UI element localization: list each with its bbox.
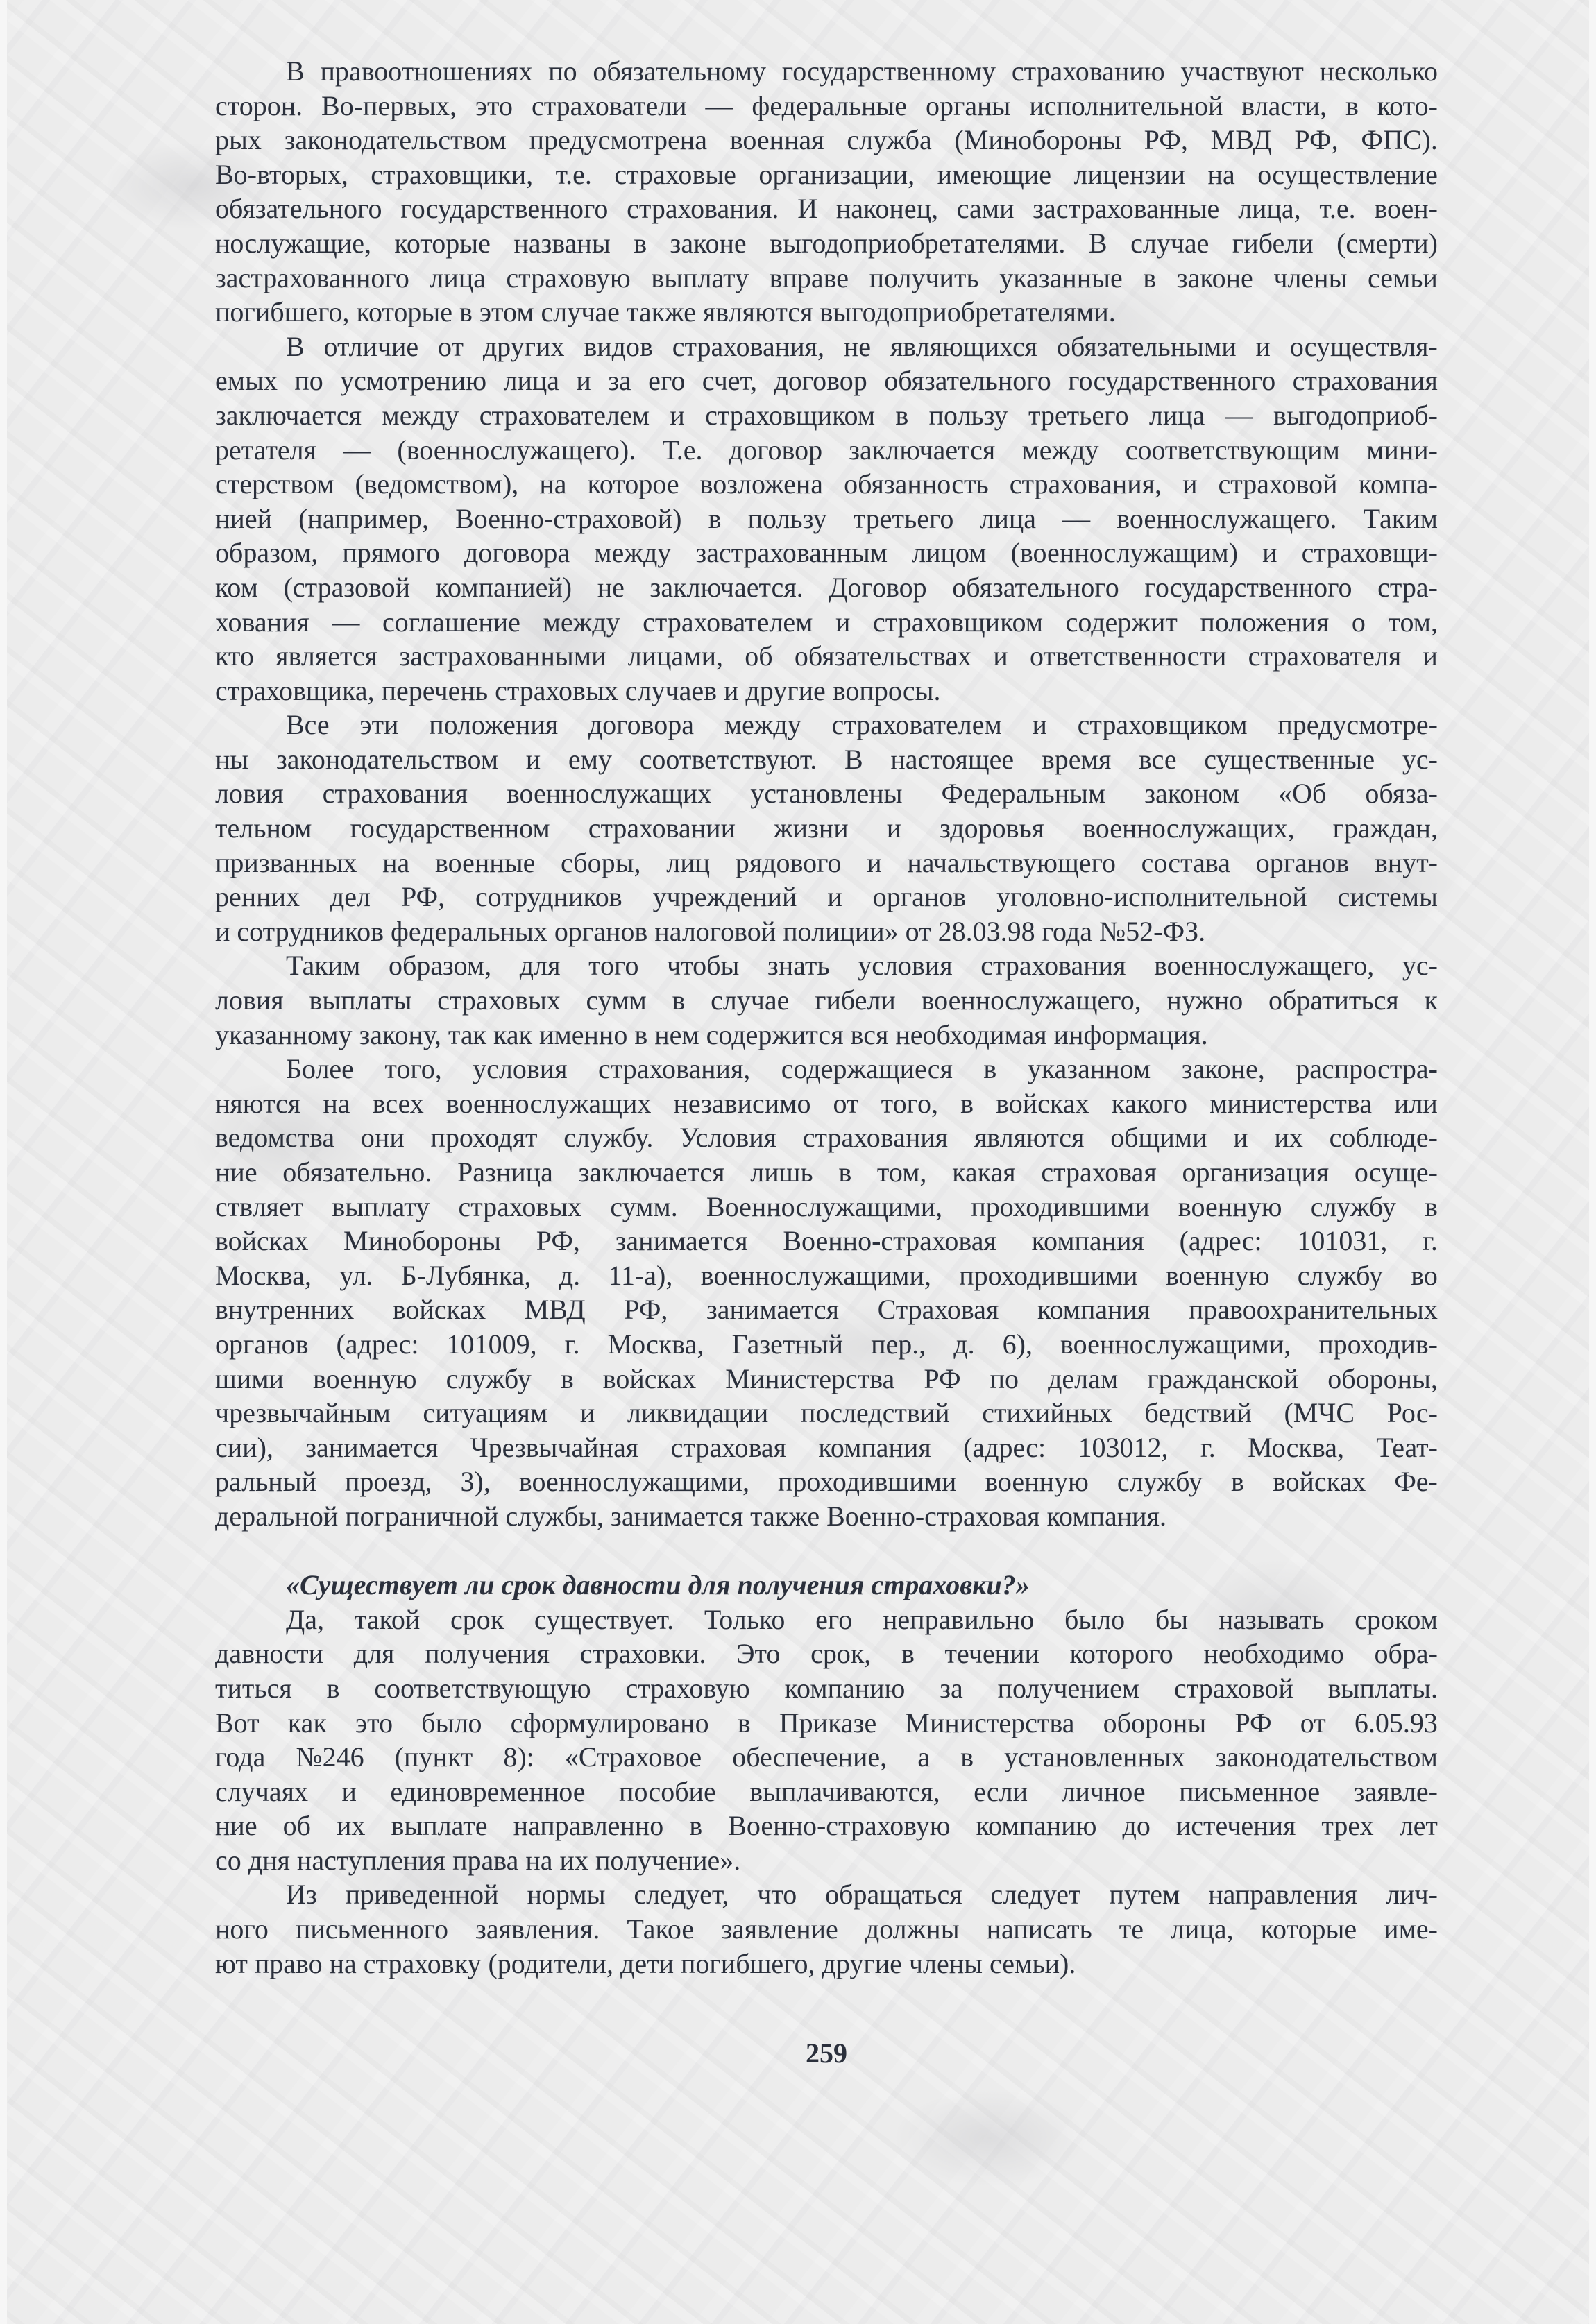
word: РФ, <box>536 1224 580 1258</box>
word: в <box>738 1706 751 1741</box>
word: те <box>1119 1912 1144 1947</box>
word: Военно-страховой) <box>455 502 681 536</box>
text-line: ют право на страховку (родители, дети по… <box>215 1947 1438 1981</box>
word: обязательствах <box>795 639 971 674</box>
word: условия <box>858 948 952 983</box>
word: время <box>1042 742 1111 777</box>
word: военнослужащими, <box>1060 1327 1291 1362</box>
word: случаях <box>215 1775 308 1809</box>
word: обратиться <box>1268 983 1399 1018</box>
word: шими <box>215 1362 284 1396</box>
word: ние <box>215 1155 257 1190</box>
text-line: титьсявсоответствующуюстраховуюкомпаниюз… <box>215 1671 1438 1706</box>
word: к <box>1424 983 1437 1018</box>
word: бедствий <box>1145 1396 1252 1430</box>
word: лица, <box>1171 1912 1234 1947</box>
text-line: няютсянавсехвоеннослужащихнезависимоотто… <box>215 1086 1438 1121</box>
word: указанном <box>1028 1052 1151 1086</box>
paragraph: Изприведеннойнормыследует,чтообращатьсяс… <box>215 1877 1438 1981</box>
word: если <box>974 1775 1028 1809</box>
word: ситуациям <box>423 1396 547 1430</box>
word: войсках <box>603 1362 696 1396</box>
word: страховании <box>588 811 736 846</box>
word: страховщики, <box>371 157 533 192</box>
word: до <box>1123 1809 1151 1843</box>
text-line: года№246(пункт8):«Страховоеобеспечение,а… <box>215 1740 1438 1775</box>
word: осуще- <box>1355 1155 1438 1190</box>
word: Да, <box>286 1603 324 1637</box>
word: пользу <box>748 502 827 536</box>
word: ствляет <box>215 1190 303 1224</box>
word: страхования <box>980 948 1126 983</box>
word: военную <box>1166 1258 1270 1293</box>
word: военнослужащих, <box>1083 811 1294 846</box>
word: застрахованные <box>1033 191 1219 226</box>
word: страховую <box>506 261 630 296</box>
word: Более <box>286 1052 354 1086</box>
text-line: указанному закону, так как именно в нем … <box>215 1018 1438 1052</box>
text-line: ком(стразовойкомпанией)незаключается.Дог… <box>215 570 1438 605</box>
word: име- <box>1384 1912 1438 1947</box>
word: страховая <box>1041 1155 1156 1190</box>
word: ловия <box>215 776 284 811</box>
text-line: со дня наступления права на их получение… <box>215 1843 1438 1878</box>
word: (военнослужащего). <box>397 433 636 468</box>
word: в <box>327 1671 340 1706</box>
word: соответствующую <box>374 1671 591 1706</box>
word: счет, <box>702 364 757 398</box>
word: видов <box>584 330 653 364</box>
word: заявления. <box>475 1912 600 1947</box>
word: тельном <box>215 811 312 846</box>
word: военные <box>435 846 535 880</box>
word: органов <box>1256 846 1349 880</box>
word: выгодоприобретателями. <box>770 226 1065 261</box>
word: семьи <box>1368 261 1438 296</box>
word: заявле- <box>1354 1775 1438 1809</box>
word: (смерти) <box>1336 226 1438 261</box>
word: выплате <box>391 1809 487 1843</box>
word: чтобы <box>667 948 739 983</box>
word: застрахованными <box>399 639 606 674</box>
word: власти, <box>1241 89 1327 123</box>
word: государственного <box>1068 364 1275 398</box>
word: случае <box>1130 226 1209 261</box>
word: договора <box>464 536 570 570</box>
word: ретателя <box>215 433 316 468</box>
word: В <box>286 54 305 89</box>
word: существует. <box>534 1603 674 1637</box>
word: общими <box>1110 1120 1207 1155</box>
word: лиц <box>666 846 710 880</box>
word: сформулировано <box>511 1706 709 1741</box>
word: военная <box>730 123 824 157</box>
word: д. <box>559 1258 580 1293</box>
text-line: призванныхнавоенныесборы,лицрядовогоинач… <box>215 846 1438 880</box>
word: органов <box>215 1327 308 1362</box>
word: срок <box>450 1603 504 1637</box>
word: военную <box>1178 1190 1282 1224</box>
word: организация <box>1182 1155 1329 1190</box>
page-edge-left <box>0 0 7 2324</box>
text-line: страховщика, перечень страховых случаев … <box>215 674 1438 708</box>
word: состава <box>1141 846 1230 880</box>
text-line: нызаконодательствомиемусоответствуют.Вна… <box>215 742 1438 777</box>
word: Теат- <box>1376 1430 1438 1465</box>
word: Условия <box>679 1120 776 1155</box>
word: ведомства <box>215 1120 334 1155</box>
word: договор <box>774 364 867 398</box>
word: в <box>960 1086 974 1121</box>
word: выплату <box>332 1190 430 1224</box>
text-line: ВоткакэтобылосформулировановПриказеМинис… <box>215 1706 1438 1741</box>
word: в <box>634 226 647 261</box>
word: начальствующего <box>907 846 1116 880</box>
word: является <box>275 639 377 674</box>
word: сумм <box>586 983 647 1018</box>
word: лица <box>980 502 1036 536</box>
word: страховых <box>437 983 561 1018</box>
word: Рос- <box>1387 1396 1438 1430</box>
word: Таким <box>1364 502 1438 536</box>
word: ние <box>215 1809 257 1843</box>
word: существенные <box>1204 742 1375 777</box>
word: Такое <box>627 1912 694 1947</box>
word: и <box>887 811 901 846</box>
word: рядового <box>736 846 842 880</box>
word: страховых <box>458 1190 581 1224</box>
word: сумм. <box>610 1190 677 1224</box>
word: — <box>1062 502 1090 536</box>
word: и <box>1262 536 1277 570</box>
word: 11-а), <box>608 1258 672 1293</box>
word: выплаты <box>309 983 411 1018</box>
text-line: погибшего, которые в этом случае также я… <box>215 295 1438 330</box>
word: в <box>1143 261 1156 296</box>
word: органы <box>926 89 1010 123</box>
word: того <box>588 948 638 983</box>
word: трех <box>1321 1809 1373 1843</box>
word: называть <box>1219 1603 1325 1637</box>
word: военнослужащего. <box>1117 502 1336 536</box>
word: сами <box>957 191 1015 226</box>
text-line: застрахованноголицастраховуювыплатувправ… <box>215 261 1438 296</box>
word: и <box>580 1396 595 1430</box>
word: на <box>539 467 566 502</box>
text-line: нослужащие,которыеназванывзаконевыгодопр… <box>215 226 1438 261</box>
word: предусмотре- <box>1277 708 1438 742</box>
word: между <box>1021 433 1098 468</box>
text-line: Такимобразом,длятогочтобызнатьусловиястр… <box>215 948 1438 983</box>
word: ул. <box>339 1258 373 1293</box>
word: в <box>672 983 686 1018</box>
word: между <box>382 398 459 433</box>
word: РФ, <box>1294 123 1338 157</box>
word: 3), <box>461 1464 491 1499</box>
word: страхователем <box>831 708 1001 742</box>
word: Федеральным <box>941 776 1105 811</box>
word: (ведомством), <box>355 467 518 502</box>
word: какая <box>952 1155 1016 1190</box>
word: страховая <box>671 1430 786 1465</box>
word: было <box>421 1706 482 1741</box>
word: компанию <box>785 1671 906 1706</box>
word: все <box>1139 742 1177 777</box>
word: исполнительной <box>1029 89 1223 123</box>
text-line: Всеэтиположениядоговорамеждустрахователе… <box>215 708 1438 742</box>
word: лица, <box>1238 191 1301 226</box>
word: Министерства <box>725 1362 894 1396</box>
word: военнослужащими, <box>519 1464 749 1499</box>
word: содержит <box>1066 605 1178 640</box>
word: сии), <box>215 1430 273 1465</box>
word: осуществление <box>1257 157 1438 192</box>
word: законе <box>1177 261 1253 296</box>
word: выплачиваются, <box>749 1775 940 1809</box>
word: образом, <box>389 948 491 983</box>
word: кто <box>215 639 254 674</box>
word: лич- <box>1386 1877 1438 1912</box>
word: в <box>1345 89 1359 123</box>
word: заявление <box>721 1912 838 1947</box>
word: и <box>526 742 541 777</box>
word: страхователя <box>1248 639 1402 674</box>
word: учреждений <box>653 880 797 914</box>
word: организации, <box>758 157 915 192</box>
word: лицензии <box>1073 157 1185 192</box>
word: и <box>1423 639 1438 674</box>
text-line: ретателя—(военнослужащего).Т.е.договорза… <box>215 433 1438 468</box>
word: и <box>341 1775 356 1809</box>
word: Во-первых, <box>321 89 457 123</box>
word: войсках <box>996 1086 1089 1121</box>
word: Т.е. <box>662 433 702 468</box>
word: страховки. <box>580 1637 706 1671</box>
word: федеральные <box>752 89 907 123</box>
word: давности <box>215 1637 323 1671</box>
word: Договор <box>829 570 926 605</box>
word: выгодоприоб- <box>1273 398 1438 433</box>
word: соблюде- <box>1330 1120 1438 1155</box>
word: занимается <box>706 1292 839 1327</box>
word: пользу <box>929 398 1008 433</box>
word: лицами, <box>628 639 723 674</box>
text-line: тельномгосударственномстрахованиижизнииз… <box>215 811 1438 846</box>
word: ответственности <box>1030 639 1226 674</box>
word: лица <box>1149 398 1205 433</box>
word: дел <box>330 880 371 914</box>
word: на <box>1208 157 1235 192</box>
text-line: нией(например,Военно-страховой)впользутр… <box>215 502 1438 536</box>
word: службу <box>1117 1464 1203 1499</box>
word: письменное <box>1179 1775 1320 1809</box>
word: в <box>838 1155 851 1190</box>
word: т.е. <box>556 157 592 192</box>
word: кото- <box>1377 89 1438 123</box>
word: РФ, <box>401 880 445 914</box>
word: неправильно <box>883 1603 1034 1637</box>
word: должны <box>865 1912 960 1947</box>
word: РФ, <box>624 1292 668 1327</box>
text-line: Изприведеннойнормыследует,чтообращатьсяс… <box>215 1877 1438 1912</box>
paragraph: Да,такойсроксуществует.Толькоегонеправил… <box>215 1603 1438 1878</box>
word: страхования. <box>627 191 779 226</box>
word: ренних <box>215 880 300 914</box>
word: ного <box>215 1912 269 1947</box>
word: здоровья <box>940 811 1044 846</box>
text-line: Вправоотношенияхпообязательномугосударст… <box>215 54 1438 89</box>
word: третьего <box>1028 398 1129 433</box>
word: прямого <box>342 536 440 570</box>
word: не <box>844 330 871 364</box>
word: министерства <box>1209 1086 1372 1121</box>
word: «Страховое <box>565 1740 702 1775</box>
word: положения <box>1200 605 1329 640</box>
word: 6.05.93 <box>1355 1706 1438 1741</box>
word: законе <box>670 226 747 261</box>
word: года <box>215 1740 265 1775</box>
word: Фе- <box>1394 1464 1438 1499</box>
word: ус- <box>1402 948 1438 983</box>
word: личное <box>1062 1775 1146 1809</box>
word: всех <box>373 1086 424 1121</box>
word: Военно-страховая <box>783 1224 996 1258</box>
text-line: рыхзаконодательствомпредусмотренавоенная… <box>215 123 1438 157</box>
word: последствий <box>801 1396 950 1430</box>
word: службу <box>1311 1190 1396 1224</box>
word: обязательными <box>1057 330 1237 364</box>
word: о <box>1352 605 1366 640</box>
word: договора <box>588 708 694 742</box>
word: соответствующим <box>1126 433 1340 468</box>
word: — <box>1225 398 1253 433</box>
word: страхователем <box>479 398 650 433</box>
text-line: Москва,ул.Б-Лубянка,д.11-а),военнослужащ… <box>215 1258 1438 1293</box>
word: военнослужащего, <box>922 983 1141 1018</box>
text-line: ральныйпроезд,3),военнослужащими,проходи… <box>215 1464 1438 1499</box>
word: страхования, <box>598 1052 750 1086</box>
word: предусмотрена <box>529 123 707 157</box>
word: (адрес: <box>963 1430 1046 1465</box>
word: в <box>901 1637 915 1671</box>
word: правоотношениях <box>320 54 532 89</box>
word: эти <box>359 708 398 742</box>
word: сторон. <box>215 89 303 123</box>
word: рых <box>215 123 262 157</box>
word: на <box>382 846 409 880</box>
word: и <box>827 880 842 914</box>
word: государственного <box>1144 570 1352 605</box>
word: застрахованным <box>695 536 888 570</box>
word: выплату <box>651 261 749 296</box>
word: Газетный <box>731 1327 843 1362</box>
word: знать <box>767 948 830 983</box>
word: «Об <box>1278 776 1326 811</box>
word: необходимо <box>1203 1637 1343 1671</box>
word: в <box>960 1740 974 1775</box>
word: военную <box>985 1464 1089 1499</box>
word: ны <box>215 742 248 777</box>
word: или <box>1394 1086 1438 1121</box>
word: том, <box>877 1155 927 1190</box>
word: военнослужащими, <box>701 1258 931 1293</box>
word: службу. <box>563 1120 653 1155</box>
word: г. <box>565 1327 580 1362</box>
word: в <box>983 1052 996 1086</box>
word: (военнослужащим) <box>1011 536 1238 570</box>
word: страхования <box>323 776 468 811</box>
text-line: обязательногогосударственногострахования… <box>215 191 1438 226</box>
paragraph: Вотличиеотдругихвидовстрахования,неявляю… <box>215 330 1438 708</box>
word: установлены <box>750 776 902 811</box>
text-line: Вотличиеотдругихвидовстрахования,неявляю… <box>215 330 1438 364</box>
text-line: Во-вторых,страховщики,т.е.страховыеорган… <box>215 157 1438 192</box>
word: государственному <box>782 54 996 89</box>
word: об <box>283 1809 311 1843</box>
word: проходившими <box>971 1190 1149 1224</box>
word: (адрес: <box>1180 1224 1262 1258</box>
word: 101031, <box>1297 1224 1387 1258</box>
word: проезд, <box>345 1464 432 1499</box>
word: (адрес: <box>336 1327 418 1362</box>
word: для <box>520 948 561 983</box>
word: между <box>543 605 620 640</box>
word: и <box>670 398 684 433</box>
word: страховую <box>625 1671 749 1706</box>
word: единовременное <box>390 1775 585 1809</box>
word: ральный <box>215 1464 316 1499</box>
word: и <box>1182 467 1197 502</box>
word: Из <box>286 1877 317 1912</box>
word: страхователем <box>643 605 813 640</box>
word: компанией) <box>436 570 572 605</box>
word: того, <box>384 1052 441 1086</box>
word: письменного <box>296 1912 448 1947</box>
word: обороны <box>1103 1706 1207 1741</box>
text-line: шимивоеннуюслужбуввойскахМинистерстваРФп… <box>215 1362 1438 1396</box>
word: это <box>355 1706 393 1741</box>
text-line: ногописьменногозаявления.Такоезаявлениед… <box>215 1912 1438 1947</box>
word: граждан, <box>1333 811 1438 846</box>
word: обра- <box>1375 1637 1438 1671</box>
word: обязательному <box>593 54 766 89</box>
word: (МЧС <box>1284 1396 1355 1430</box>
word: РФ <box>1234 1706 1271 1741</box>
word: которого <box>1070 1637 1173 1671</box>
text-line: давностидляполучениястраховки.Этосрок,вт… <box>215 1637 1438 1671</box>
word: обязательного <box>952 570 1119 605</box>
word: срок, <box>810 1637 871 1671</box>
word: военнослужащего, <box>1154 948 1374 983</box>
word: в <box>1231 1464 1244 1499</box>
word: занимается <box>616 1224 748 1258</box>
paragraph: Болеетого,условиястрахования,содержащиес… <box>215 1052 1438 1533</box>
word: было <box>1064 1603 1125 1637</box>
word: г. <box>1200 1430 1216 1465</box>
word: нормы <box>527 1877 605 1912</box>
word: титься <box>215 1671 292 1706</box>
text-line: хования—соглашениемеждустрахователемистр… <box>215 605 1438 640</box>
word: ликвидации <box>627 1396 768 1430</box>
word: Это <box>736 1637 780 1671</box>
word: по <box>294 364 323 398</box>
word: правоохранительных <box>1189 1292 1438 1327</box>
word: государственном <box>350 811 550 846</box>
word: пособие <box>619 1775 716 1809</box>
word: страхования <box>803 1120 948 1155</box>
word: компа- <box>1359 467 1438 502</box>
word: войсках <box>215 1224 308 1258</box>
